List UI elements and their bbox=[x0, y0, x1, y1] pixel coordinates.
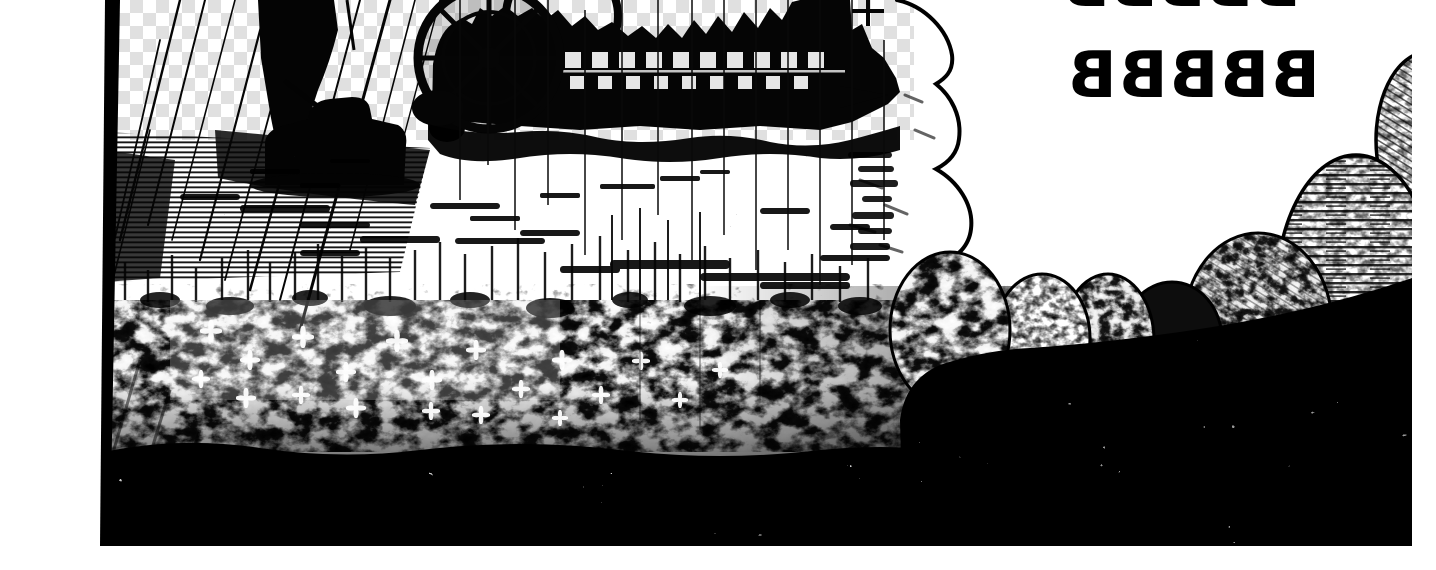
manga-page: BBBBB BBBBB bbox=[0, 0, 1436, 570]
sfx-text-top-row: BBBBB bbox=[1062, 0, 1301, 16]
sfx-text-main-row: BBBBB bbox=[1066, 46, 1320, 106]
